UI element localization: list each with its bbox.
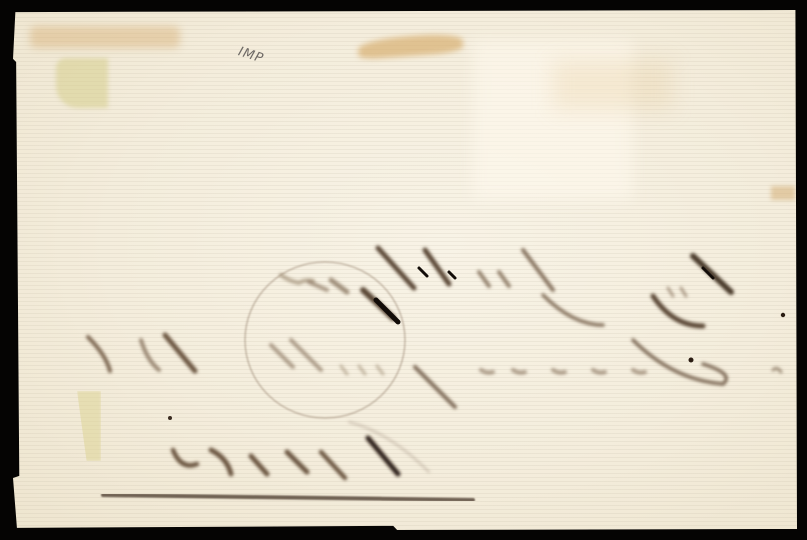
address-line-3 [173,422,429,478]
letter-sheet: IMP [13,10,797,530]
postmark-circle [245,262,405,418]
address-line-1 [281,248,731,326]
underline-stroke [103,495,473,500]
show-through-handwriting [13,10,797,530]
photo-scene: IMP [0,0,807,540]
ink-blots-dark [168,268,785,420]
address-line-2 [88,335,781,407]
